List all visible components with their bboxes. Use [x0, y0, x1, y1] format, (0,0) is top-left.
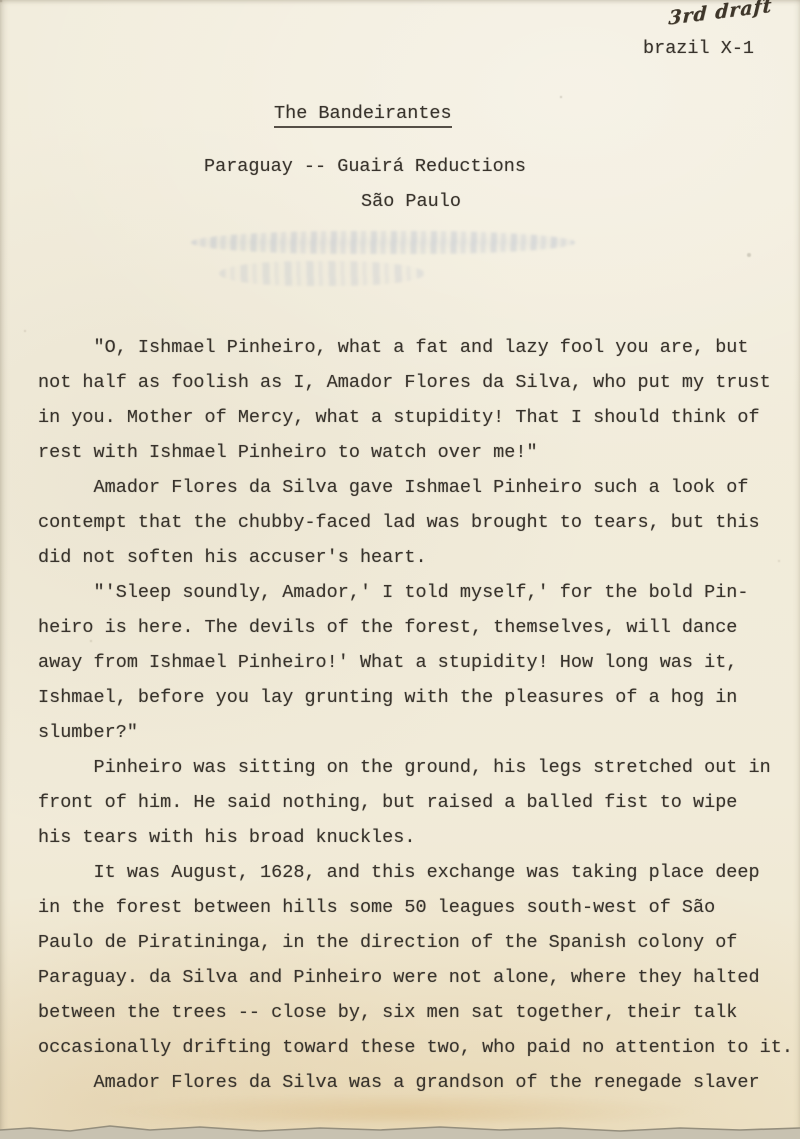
page-title: The Bandeirantes: [274, 103, 452, 128]
subtitle-paraguay-guaira: Paraguay -- Guairá Reductions: [204, 156, 526, 177]
handwritten-note: 3rd draft: [668, 0, 773, 30]
document-reference: brazil X-1: [643, 38, 754, 59]
typed-line: Amador Flores da Silva gave Ishmael Pinh…: [38, 470, 798, 505]
typed-line: did not soften his accuser's heart.: [38, 540, 798, 575]
typed-line: "'Sleep soundly, Amador,' I told myself,…: [38, 575, 798, 610]
body-text: "O, Ishmael Pinheiro, what a fat and laz…: [38, 330, 798, 1100]
typed-line: contempt that the chubby-faced lad was b…: [38, 505, 798, 540]
typed-line: away from Ishmael Pinheiro!' What a stup…: [38, 645, 798, 680]
typed-line: Pinheiro was sitting on the ground, his …: [38, 750, 798, 785]
paragraph: It was August, 1628, and this exchange w…: [38, 855, 798, 1065]
paragraph: Amador Flores da Silva gave Ishmael Pinh…: [38, 470, 798, 575]
paper-specks: [0, 0, 2, 2]
typed-line: not half as foolish as I, Amador Flores …: [38, 365, 798, 400]
typed-line: It was August, 1628, and this exchange w…: [38, 855, 798, 890]
paragraph: Amador Flores da Silva was a grandson of…: [38, 1065, 798, 1100]
typed-line: Paulo de Piratininga, in the direction o…: [38, 925, 798, 960]
typed-line: Ishmael, before you lay grunting with th…: [38, 680, 798, 715]
paragraph: Pinheiro was sitting on the ground, his …: [38, 750, 798, 855]
typed-line: front of him. He said nothing, but raise…: [38, 785, 798, 820]
typed-line: Amador Flores da Silva was a grandson of…: [38, 1065, 798, 1100]
torn-paper-edge: [0, 1117, 800, 1139]
typed-line: "O, Ishmael Pinheiro, what a fat and laz…: [38, 330, 798, 365]
typed-line: between the trees -- close by, six men s…: [38, 995, 798, 1030]
typed-line: occasionally drifting toward these two, …: [38, 1030, 798, 1065]
erased-text-line-1: [191, 231, 575, 254]
erased-text-line-2: [219, 261, 425, 286]
typed-line: Paraguay. da Silva and Pinheiro were not…: [38, 960, 798, 995]
manuscript-page: 3rd draft brazil X-1 The Bandeirantes Pa…: [0, 0, 800, 1139]
paragraph: "'Sleep soundly, Amador,' I told myself,…: [38, 575, 798, 750]
subtitle-sao-paulo: São Paulo: [361, 191, 461, 212]
typed-line: in the forest between hills some 50 leag…: [38, 890, 798, 925]
paragraph: "O, Ishmael Pinheiro, what a fat and laz…: [38, 330, 798, 470]
typed-line: his tears with his broad knuckles.: [38, 820, 798, 855]
typed-line: heiro is here. The devils of the forest,…: [38, 610, 798, 645]
typed-line: in you. Mother of Mercy, what a stupidit…: [38, 400, 798, 435]
typed-line: rest with Ishmael Pinheiro to watch over…: [38, 435, 798, 470]
typed-line: slumber?": [38, 715, 798, 750]
